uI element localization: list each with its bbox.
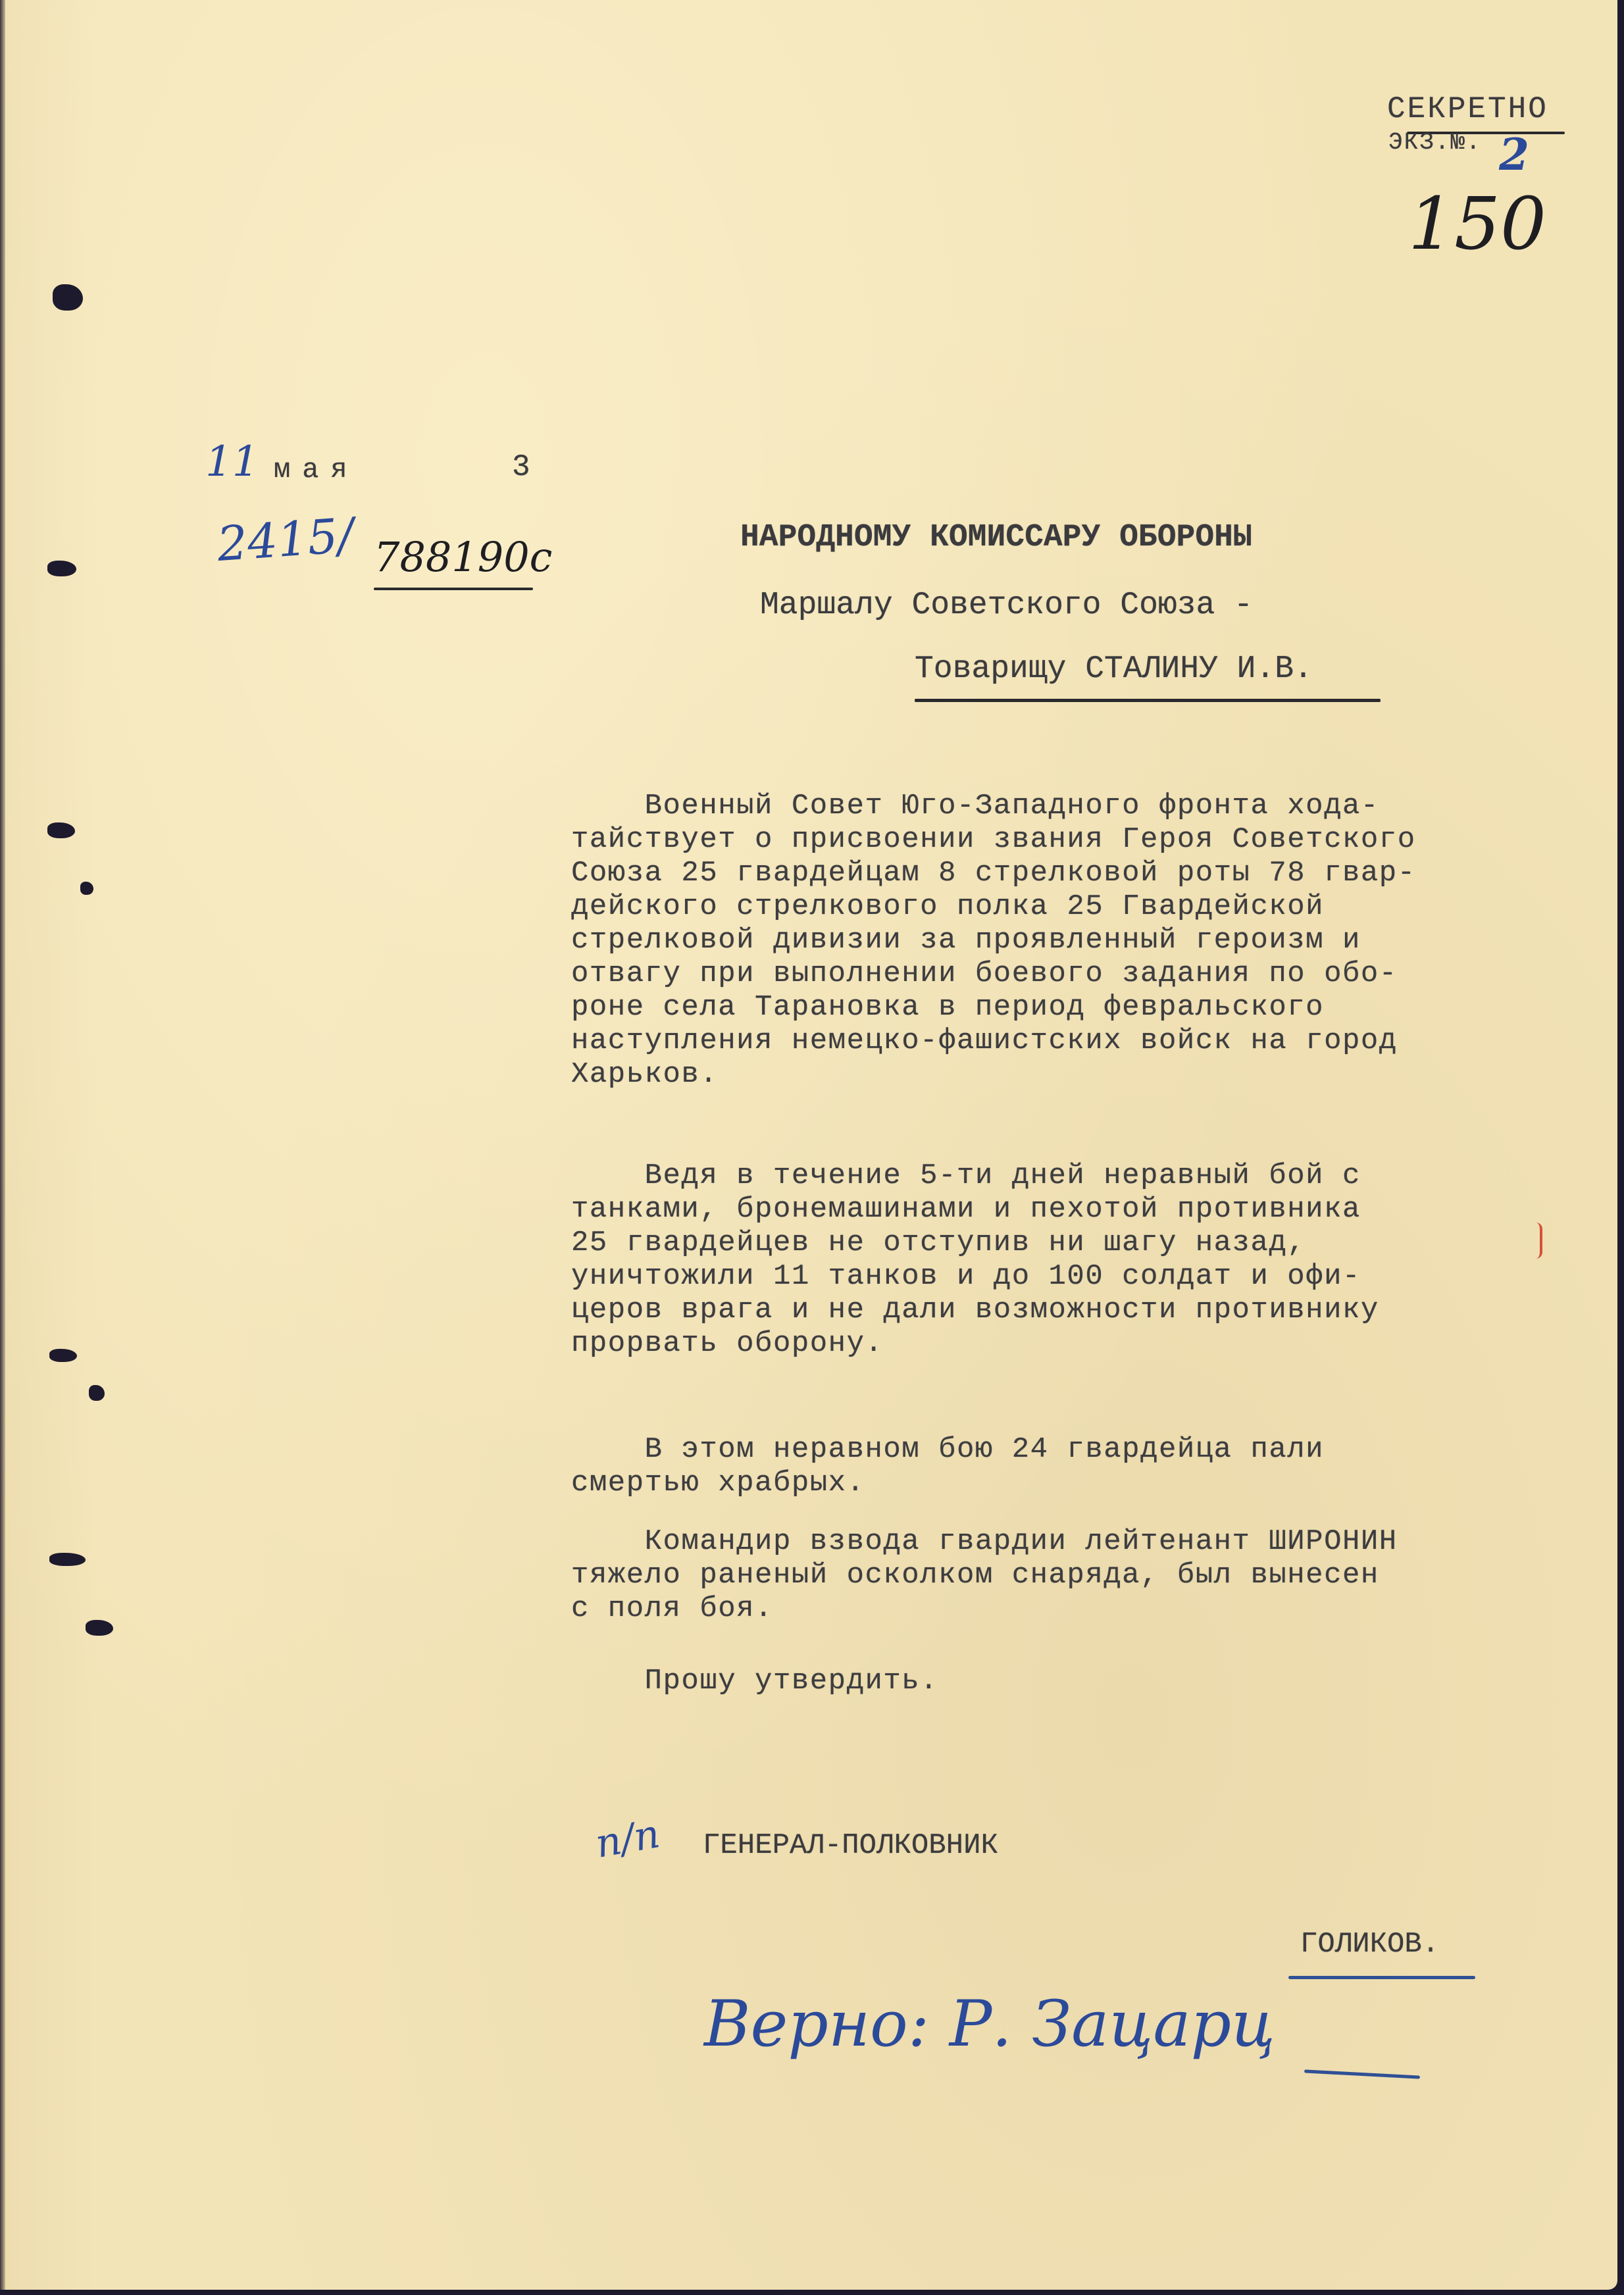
addressee-line-1: НАРОДНОМУ КОМИССАРУ ОБОРОНЫ bbox=[740, 520, 1252, 555]
document-page: СЕКРЕТНО ЭКЗ.№. 2 150 11 мая 3 2415/ 788… bbox=[0, 0, 1617, 2290]
punch-hole bbox=[53, 284, 83, 311]
secret-stamp: СЕКРЕТНО bbox=[1387, 92, 1548, 126]
page-binding-edge bbox=[0, 0, 5, 2290]
punch-hole bbox=[49, 1349, 77, 1362]
body-paragraph-3: В этом неравном бою 24 гвардейца пали см… bbox=[571, 1433, 1611, 1500]
date-year: 3 bbox=[512, 450, 532, 484]
red-pencil-mark bbox=[1536, 1223, 1542, 1259]
reference-prefix: 2415/ bbox=[215, 507, 355, 572]
punch-hole bbox=[49, 1553, 86, 1566]
reference-number: 788190с bbox=[374, 533, 552, 581]
date-day: 11 bbox=[205, 438, 259, 486]
punch-hole bbox=[80, 882, 93, 895]
closing-request: Прошу утвердить. bbox=[571, 1665, 1611, 1698]
punch-hole bbox=[47, 822, 75, 838]
handwritten-pp-mark: п/п bbox=[592, 1811, 663, 1867]
body-paragraph-1: Военный Совет Юго-Западного фронта хода-… bbox=[571, 790, 1611, 1092]
addressee-line-3: Товарищу СТАЛИНУ И.В. bbox=[915, 651, 1313, 687]
body-paragraph-2: Ведя в течение 5-ти дней неравный бой с … bbox=[571, 1159, 1611, 1361]
addressee-line-2: Маршалу Советского Союза - bbox=[760, 588, 1253, 623]
addressee-underline bbox=[915, 699, 1381, 702]
copy-label: ЭКЗ.№. bbox=[1388, 129, 1482, 156]
punch-hole bbox=[89, 1385, 105, 1401]
punch-hole bbox=[86, 1620, 113, 1636]
certification-signature: Верно: Р. Зацарц bbox=[704, 1987, 1275, 2061]
signer-name-underline bbox=[1288, 1976, 1475, 1979]
copy-number: 2 bbox=[1499, 129, 1529, 180]
signer-rank: ГЕНЕРАЛ-ПОЛКОВНИК bbox=[703, 1829, 998, 1862]
signer-name: ГОЛИКОВ. bbox=[1300, 1928, 1439, 1961]
certification-signature-stroke bbox=[1304, 2069, 1420, 2079]
date-month: мая bbox=[274, 454, 359, 486]
body-paragraph-4: Командир взвода гвардии лейтенант ШИРОНИ… bbox=[571, 1525, 1611, 1626]
reference-underline bbox=[374, 588, 533, 590]
sheet-number: 150 bbox=[1408, 182, 1546, 266]
punch-hole bbox=[47, 561, 76, 576]
